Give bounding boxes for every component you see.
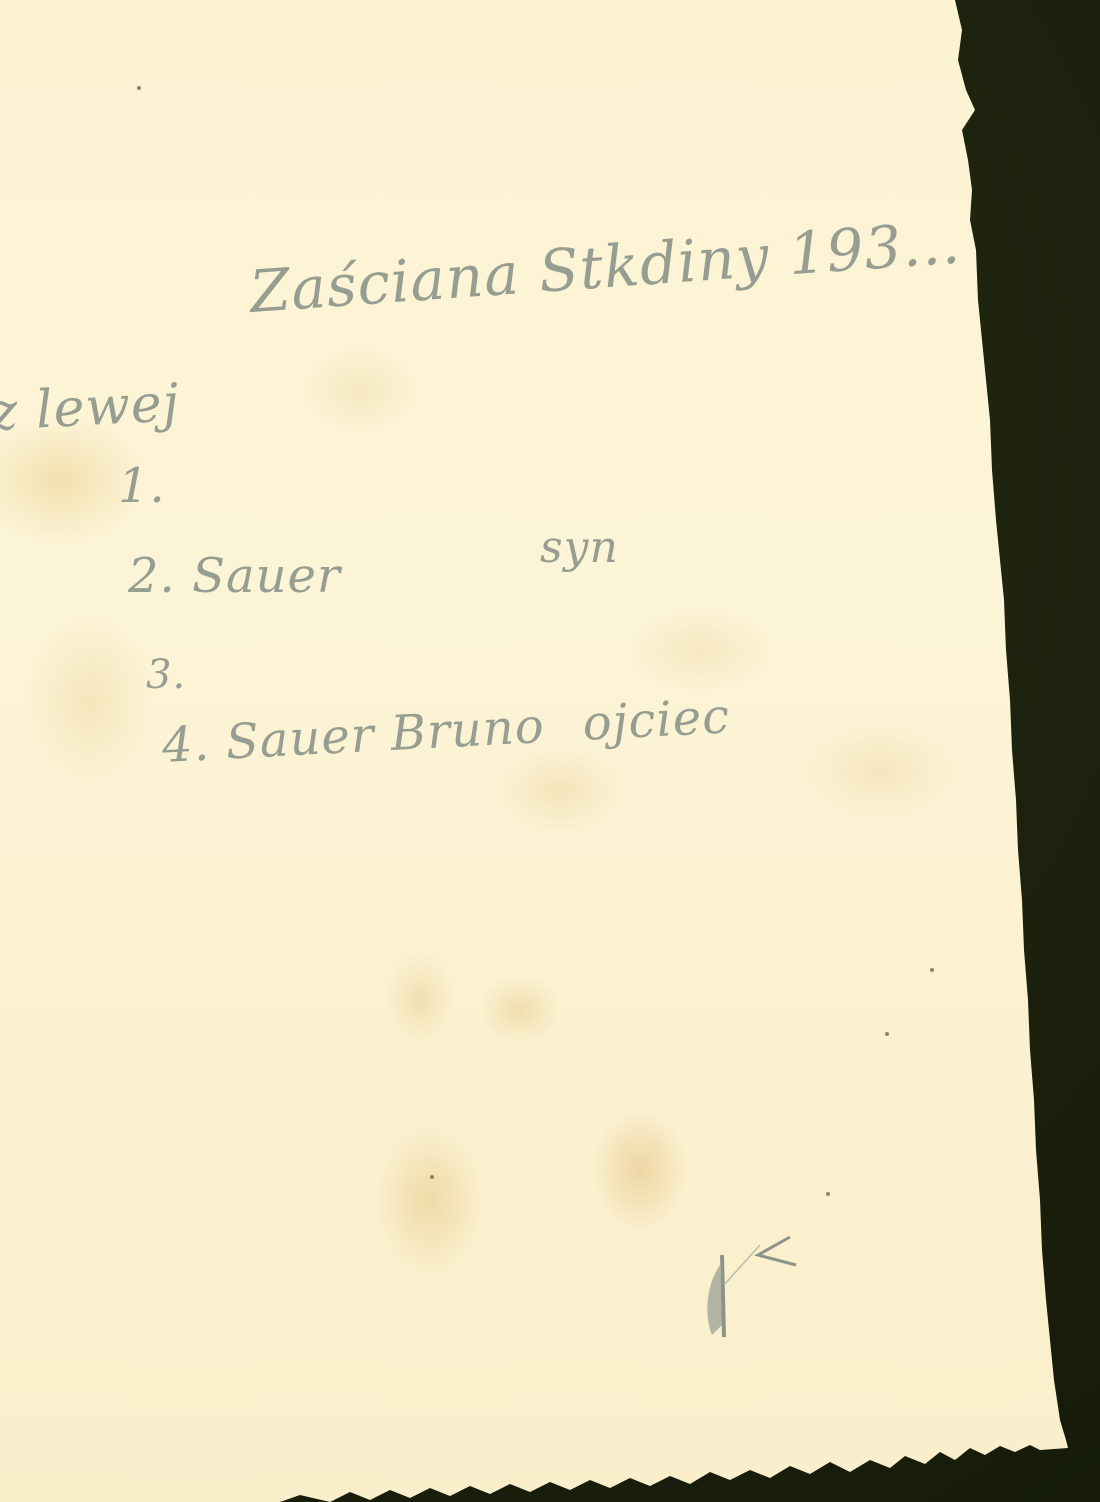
entry-number: 1. [118, 458, 166, 514]
speck [930, 968, 934, 972]
speck [826, 1192, 830, 1196]
entry-role: syn [540, 522, 619, 573]
photo-back-paper: Zaściana Stkdiny 193... z lewej 1. 2. Sa… [0, 0, 1100, 1502]
heading-inscription: Zaściana Stkdiny 193... [248, 208, 963, 326]
entry-number: 2. [128, 548, 176, 604]
speck [885, 1032, 889, 1036]
entry-name: Sauer [192, 548, 341, 604]
list-entry-2: 2. Sauer [128, 548, 341, 604]
list-entry-3: 3. [146, 652, 186, 698]
speck [430, 1175, 434, 1179]
list-entry-1: 1. [118, 458, 166, 514]
entry-number: 4. [161, 716, 212, 774]
scanner-background: Zaściana Stkdiny 193... z lewej 1. 2. Sa… [0, 0, 1100, 1502]
entry-name: Sauer Bruno [225, 698, 546, 771]
list-entry-4: 4. Sauer Bruno ojciec [161, 688, 732, 774]
side-note: z lewej [0, 373, 181, 443]
entry-role: ojciec [581, 688, 731, 752]
pencil-check-mark-icon [700, 1225, 810, 1345]
speck [137, 86, 141, 90]
entry-number: 3. [146, 652, 186, 698]
